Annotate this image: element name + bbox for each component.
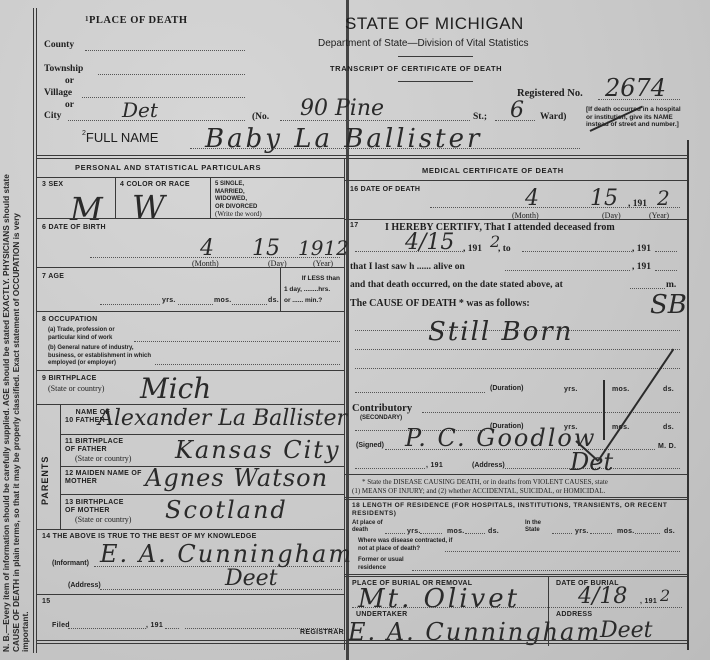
bottom-rule-right <box>344 640 687 641</box>
occupation-b-field[interactable] <box>155 364 340 365</box>
sex-label: SEX <box>48 181 63 188</box>
bottom-rule-left <box>37 640 344 641</box>
row-rule-burial-2 <box>344 576 687 577</box>
sex-divider <box>115 178 116 218</box>
informant-address-field[interactable] <box>100 589 342 590</box>
parents-label: PARENTS <box>40 456 50 505</box>
dob-day-value: 15 <box>252 236 280 261</box>
city-value: Det <box>122 98 158 122</box>
row-rule-dob <box>37 218 344 219</box>
filed-field[interactable] <box>68 628 146 629</box>
row-rule-parents <box>37 404 344 405</box>
at-place-ds-label: ds. <box>488 528 499 535</box>
dod-year-prefix: , 191 <box>628 199 647 209</box>
occupation-b-label: (b) General nature of industry, business… <box>48 345 158 368</box>
duration-yrs-label: yrs. <box>564 386 578 393</box>
marital-single: SINGLE, <box>220 181 244 187</box>
field-number-17: 17 <box>350 222 358 229</box>
burial-year-suffix: 2 <box>660 586 670 605</box>
row-rule-certify <box>344 219 687 220</box>
at-place-mos-field[interactable] <box>420 533 442 534</box>
occupation-a-label: (a) Trade, profession or particular kind… <box>48 327 136 342</box>
dob-month-value: 4 <box>200 236 214 261</box>
contracted-label: Where was disease contracted, if not at … <box>358 538 458 553</box>
father-birthplace-sub-label: (State or country) <box>75 454 131 463</box>
last-saw-year-label: , 191 <box>632 262 651 272</box>
contributory-ds-label: ds. <box>663 424 674 431</box>
duration-ds-label: ds. <box>663 386 674 393</box>
margin-note-line-3: important. <box>21 12 31 652</box>
village-label: Village <box>44 88 72 98</box>
left-border-outer <box>33 8 34 653</box>
occupation-a-field[interactable] <box>134 341 340 342</box>
field-number-18: 18 <box>352 502 360 509</box>
death-time-field[interactable] <box>630 288 665 289</box>
residence-heading: LENGTH OF RESIDENCE (FOR HOSPITALS, INST… <box>352 502 667 517</box>
registrar-label: REGISTRAR <box>300 629 344 636</box>
at-place-yrs-label: yrs. <box>407 528 421 535</box>
at-place-yrs-field[interactable] <box>385 533 405 534</box>
to-year-field[interactable] <box>655 251 677 252</box>
township-label: Township <box>44 64 83 74</box>
duration-label: (Duration) <box>490 385 523 392</box>
registered-no-value: 2674 <box>605 74 666 102</box>
to-label: , to <box>498 244 511 254</box>
father-birthplace-label: BIRTHPLACE OF FATHER <box>65 438 123 453</box>
death-certificate: N. B.—Every item of information should b… <box>0 0 710 660</box>
age-years-field[interactable] <box>100 304 160 305</box>
cause-footnote-line-2: (1) MEANS OF INJURY; and (2) whether ACC… <box>352 487 682 496</box>
cause-margin-mark: SB <box>650 290 687 320</box>
full-name-field[interactable] <box>190 148 580 149</box>
field-number-14: 14 <box>42 533 50 540</box>
field-number-15: 15 <box>42 598 50 605</box>
mother-maiden-name-value: Agnes Watson <box>145 464 328 492</box>
or-label-2: or <box>65 100 74 110</box>
at-place-ds-field[interactable] <box>465 533 485 534</box>
informant-label: (Informant) <box>52 560 89 567</box>
age-divider <box>280 267 281 311</box>
age-label: AGE <box>48 273 64 280</box>
row-rule-birthplace <box>37 370 344 371</box>
contracted-field[interactable] <box>445 551 680 552</box>
ward-value: 6 <box>510 98 524 123</box>
mother-birthplace-label: BIRTHPLACE OF MOTHER <box>65 499 124 514</box>
true-statement-label: THE ABOVE IS TRUE TO THE BEST OF MY KNOW… <box>53 533 257 540</box>
street-number-label: (No. <box>252 112 269 122</box>
mother-birthplace-value: Scotland <box>165 496 288 524</box>
department-title: Department of State—Division of Vital St… <box>318 38 528 49</box>
cause-line-2[interactable] <box>355 349 680 350</box>
cause-of-death-label: The CAUSE OF DEATH * was as follows: <box>350 298 530 309</box>
mother-maiden-name-label: MAIDEN NAME OF MOTHER <box>65 470 142 485</box>
field-number-10: 10 <box>65 417 73 424</box>
row-rule-burial <box>344 574 687 575</box>
bottom-rule-right-2 <box>344 643 687 644</box>
sex-value: M <box>70 190 103 228</box>
physician-address-label: (Address) <box>472 462 505 469</box>
in-state-ds-field[interactable] <box>635 533 660 534</box>
dob-label: DATE OF BIRTH <box>48 224 105 231</box>
village-field[interactable] <box>82 97 245 98</box>
in-state-ds-label: ds. <box>664 528 675 535</box>
last-saw-year-field[interactable] <box>655 270 677 271</box>
state-title: STATE OF MICHIGAN <box>345 14 524 34</box>
marital-married: MARRIED, <box>215 189 262 197</box>
dod-month-value: 4 <box>525 186 539 211</box>
section-rule-top <box>37 155 687 156</box>
duration-field[interactable] <box>355 392 485 393</box>
birthplace-sub-label: (State or country) <box>48 384 104 393</box>
duration-mos-label: mos. <box>612 386 630 393</box>
undertaker-value: E. A. Cunningham <box>348 618 601 646</box>
ward-label: Ward) <box>540 112 566 122</box>
county-label: County <box>44 40 74 50</box>
age-days-field[interactable] <box>232 304 267 305</box>
field-number-8: 8 <box>42 316 46 323</box>
row-rule-occupation <box>37 311 344 312</box>
field-number-9: 9 <box>42 375 46 382</box>
personal-heading-rule <box>37 177 344 178</box>
cause-of-death-value: Still Born <box>428 317 573 347</box>
attended-to-field[interactable] <box>522 251 632 252</box>
to-year-label: , 191 <box>632 244 651 254</box>
last-saw-label: that I last saw h ...... alive on <box>350 262 465 272</box>
field-number-11: 11 <box>65 438 73 445</box>
row-rule-informant <box>37 529 344 530</box>
from-year-label: , 191 <box>463 244 482 254</box>
cause-line-3[interactable] <box>355 368 680 369</box>
full-name-label: FULL NAME <box>86 130 158 145</box>
if-less-label-3: or ...... min.? <box>284 295 340 306</box>
color-race-label: COLOR OR RACE <box>126 181 189 188</box>
md-label: M. D. <box>658 443 676 450</box>
age-ds-label: ds. <box>268 297 279 304</box>
if-less-label-2: 1 day, ........hrs. <box>284 284 340 295</box>
color-divider <box>210 178 211 218</box>
in-state-label: In the State <box>525 520 555 534</box>
section-rule-top-2 <box>37 158 687 159</box>
at-place-mos-label: mos. <box>447 528 465 535</box>
signed-value: P. C. Goodlow <box>405 424 596 452</box>
in-state-yrs-label: yrs. <box>575 528 589 535</box>
informant-address-value: Deet <box>225 566 278 591</box>
burial-place-value: Mt. Olivet <box>358 584 520 614</box>
medical-heading-rule <box>344 180 687 181</box>
marital-widowed: WIDOWED, <box>215 196 262 204</box>
field-number-5: 5 <box>215 181 218 187</box>
row-rule-age <box>37 267 344 268</box>
city-label: City <box>44 111 61 121</box>
row-rule-father-birthplace <box>60 434 344 435</box>
age-mos-label: mos. <box>214 297 232 304</box>
registered-no-label: Registered No. <box>517 88 583 99</box>
marital-status-label: 5 SINGLE, MARRIED, WIDOWED, OR DIVORCED … <box>215 181 262 219</box>
field-number-4: 4 <box>120 181 124 188</box>
field-number-7: 7 <box>42 273 46 280</box>
margin-instruction-note: N. B.—Every item of information should b… <box>2 12 31 652</box>
filed-year-label: , 191 <box>146 622 163 629</box>
undertaker-address-label: ADDRESS <box>556 611 592 618</box>
contributory-field[interactable] <box>422 412 680 413</box>
mother-birthplace-sub-label: (State or country) <box>75 515 131 524</box>
left-border-inner <box>36 8 37 653</box>
cause-footnote: * State the DISEASE CAUSING DEATH, or in… <box>352 478 682 495</box>
margin-note-line-2: CAUSE OF DEATH in plain terms, so that i… <box>12 12 22 652</box>
field-number-6: 6 <box>42 224 46 231</box>
header-rule-2 <box>398 81 473 82</box>
m-label: m. <box>666 280 676 290</box>
sign-date-field[interactable] <box>355 468 425 469</box>
attended-from-value: 4/15 <box>405 230 454 255</box>
dob-year-value: 1912 <box>298 236 349 260</box>
place-of-death-heading: PLACE OF DEATH <box>89 15 188 26</box>
street-suffix-label: St.; <box>473 112 487 122</box>
signed-label: (Signed) <box>356 442 384 449</box>
township-field[interactable] <box>98 74 245 75</box>
birthplace-value: Mich <box>140 372 211 405</box>
row-rule-mother-birthplace <box>60 494 344 495</box>
burial-date-value: 4/18 <box>578 584 627 609</box>
burial-field[interactable] <box>352 607 682 608</box>
cause-footnote-line-1: * State the DISEASE CAUSING DEATH, or in… <box>352 478 682 487</box>
transcript-title: TRANSCRIPT OF CERTIFICATE OF DEATH <box>330 64 502 73</box>
field-number-12: 12 <box>65 470 73 477</box>
dod-day-value: 15 <box>590 186 618 211</box>
color-race-value: W <box>132 188 165 226</box>
former-residence-label: Former or usual residence <box>358 557 408 572</box>
last-saw-field[interactable] <box>505 270 630 271</box>
field-number-3: 3 <box>42 181 46 188</box>
row-rule-footnote <box>344 474 687 475</box>
in-state-mos-field[interactable] <box>590 533 612 534</box>
date-of-death-label: DATE OF DEATH <box>361 186 421 193</box>
medical-certificate-heading: MEDICAL CERTIFICATE OF DEATH <box>422 166 564 175</box>
informant-value: E. A. Cunningham <box>100 540 353 568</box>
header-rule-1 <box>398 56 473 57</box>
field-number-16: 16 <box>350 186 358 193</box>
row-rule-residence <box>344 497 687 498</box>
physician-address-value: Det <box>570 448 613 476</box>
former-residence-field[interactable] <box>412 570 680 571</box>
age-yrs-label: yrs. <box>162 297 176 304</box>
informant-address-label: (Address) <box>68 582 101 589</box>
father-birthplace-value: Kansas City <box>175 436 341 464</box>
county-field[interactable] <box>85 50 245 51</box>
full-name-value: Baby La Ballister <box>205 124 482 154</box>
or-label-1: or <box>65 76 74 86</box>
duration-vertical-mark <box>603 380 605 440</box>
in-state-yrs-field[interactable] <box>552 533 572 534</box>
bottom-rule-left-2 <box>37 643 344 644</box>
secondary-label: (SECONDARY) <box>360 415 402 421</box>
sign-year-label: , 191 <box>426 462 443 469</box>
burial-year-prefix: , 191 <box>640 598 657 605</box>
occupation-label: OCCUPATION <box>48 316 97 323</box>
contributory-label: Contributory <box>352 403 412 414</box>
birthplace-label: BIRTHPLACE <box>48 375 96 382</box>
right-border <box>687 140 689 650</box>
row-rule-filed <box>37 594 344 595</box>
father-name-value: Alexander La Ballister <box>98 406 347 431</box>
at-place-label: At place of death <box>352 520 387 534</box>
personal-particulars-heading: PERSONAL AND STATISTICAL PARTICULARS <box>75 163 261 172</box>
street-value: 90 Pine <box>300 96 384 121</box>
age-months-field[interactable] <box>178 304 213 305</box>
dod-year-suffix: 2 <box>657 186 670 210</box>
undertaker-label: UNDERTAKER <box>356 611 407 618</box>
field-number-13: 13 <box>65 499 73 506</box>
filed-year-field[interactable] <box>165 628 179 629</box>
in-state-mos-label: mos. <box>617 528 635 535</box>
death-occurred-label: and that death occurred, on the date sta… <box>350 280 563 290</box>
if-less-label-1: If LESS than <box>284 273 340 284</box>
row-rule-residence-2 <box>344 499 687 500</box>
